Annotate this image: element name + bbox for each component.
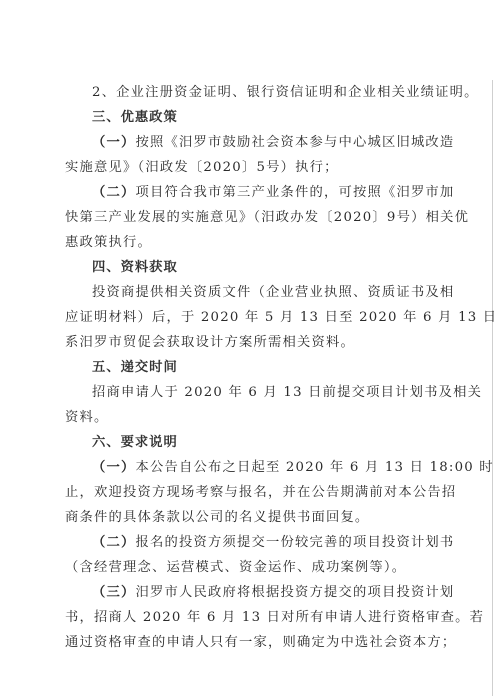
paragraph-line: 通过资格审查的申请人只有一家，则确定为中选社会资本方； <box>65 630 427 655</box>
section-heading-submission-time: 五、递交时间 <box>65 355 427 380</box>
paragraph-line: 资料。 <box>65 405 427 430</box>
item-number: （一） <box>92 135 136 150</box>
section-heading-preferential-policy: 三、优惠政策 <box>65 105 427 130</box>
paragraph-line: 书，招商人 2020 年 6 月 13 日对所有申请人进行资格审查。若 <box>65 605 427 630</box>
paragraph-line: 止，欢迎投资方现场考察与报名，并在公告期满前对本公告招 <box>65 480 427 505</box>
section-heading-requirements: 六、要求说明 <box>65 430 427 455</box>
item-number: （二） <box>92 535 136 550</box>
paragraph-materials: 投资商提供相关资质文件（企业营业执照、资质证书及相 <box>65 280 427 305</box>
paragraph-requirement-2: （二）报名的投资方须提交一份较完善的项目投资计划书 <box>65 530 427 555</box>
paragraph-line: 系汨罗市贸促会获取设计方案所需相关资料。 <box>65 330 427 355</box>
paragraph-line: （含经营理念、运营模式、资金运作、成功案例等）。 <box>65 555 427 580</box>
item-number: （二） <box>92 185 136 200</box>
paragraph-policy-1: （一）按照《汨罗市鼓励社会资本参与中心城区旧城改造 <box>65 130 427 155</box>
paragraph-line: 应证明材料）后，于 2020 年 5 月 13 日至 2020 年 6 月 13… <box>65 305 427 330</box>
paragraph-submission: 招商申请人于 2020 年 6 月 13 日前提交项目计划书及相关 <box>65 380 427 405</box>
paragraph-line: 快第三产业发展的实施意见》（汨政办发〔2020〕9号）相关优 <box>65 205 427 230</box>
item-number: （三） <box>92 585 136 600</box>
paragraph-policy-2: （二）项目符合我市第三产业条件的，可按照《汨罗市加 <box>65 180 427 205</box>
paragraph-requirement-3: （三）汨罗市人民政府将根据投资方提交的项目投资计划 <box>65 580 427 605</box>
paragraph-line: 实施意见》（汨政发〔2020〕5号）执行； <box>65 155 427 180</box>
page-edge-line <box>492 80 493 696</box>
list-item-registered-capital: 2、企业注册资金证明、银行资信证明和企业相关业绩证明。 <box>65 80 427 105</box>
paragraph-line: 惠政策执行。 <box>65 230 427 255</box>
document-page: 2、企业注册资金证明、银行资信证明和企业相关业绩证明。 三、优惠政策 （一）按照… <box>65 80 427 655</box>
paragraph-line: 商条件的具体条款以公司的名义提供书面回复。 <box>65 505 427 530</box>
section-heading-materials: 四、资料获取 <box>65 255 427 280</box>
item-number: （一） <box>92 460 136 475</box>
paragraph-requirement-1: （一）本公告自公布之日起至 2020 年 6 月 13 日 18:00 时 <box>65 455 427 480</box>
